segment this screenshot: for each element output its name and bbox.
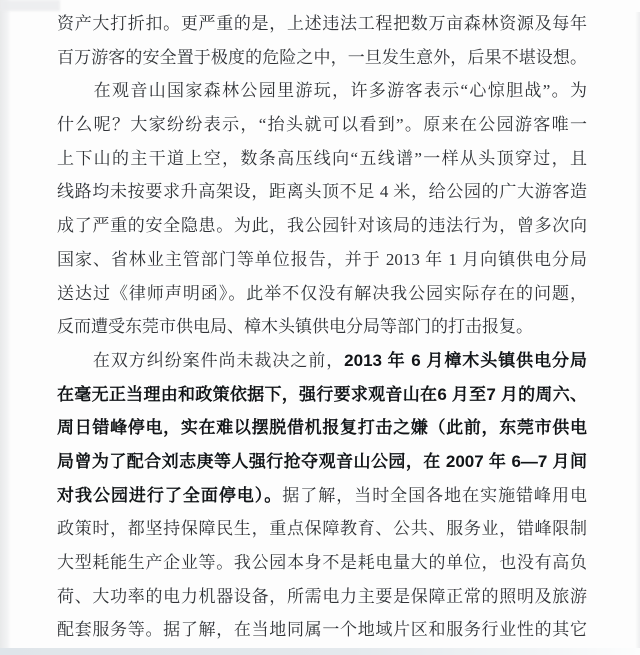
text-segment: 百万游客的安全置于极度的危险之中，一旦发生意外，后果不堪设想。 bbox=[57, 48, 587, 67]
text-segment: 据了解，当时全国各地在实施错峰用电 bbox=[282, 486, 587, 505]
text-line: 在观音山国家森林公园里游玩，许多游客表示“心惊胆战”。为 bbox=[57, 74, 587, 108]
text-line: 荷、大功率的电力机器设备，所需电力主要是保障正常的照明及旅游 bbox=[57, 580, 587, 614]
text-segment: 线路均未按要求升高架设，距离头顶不足 4 米，给公园的广大游客造 bbox=[57, 182, 587, 201]
scan-edge-bottom bbox=[0, 648, 640, 655]
scan-edge-left bbox=[0, 0, 11, 655]
text-line: 配套服务等。据了解，在当地同属一个地域片区和服务行业性的其它 bbox=[57, 613, 587, 647]
bold-text-segment: 局曾为了配合刘志庚等人强行抢夺观音山公园，在 2007 年 6—7 月间 bbox=[57, 452, 587, 471]
text-segment: 国家、省林业主管部门等单位报告，并于 2013 年 1 月向镇供电分局 bbox=[57, 250, 587, 269]
bold-text-segment: 周日错峰停电，实在难以摆脱借机报复打击之嫌（此前，东莞市供电 bbox=[57, 418, 587, 437]
scan-edge-right bbox=[635, 12, 640, 655]
text-line: 在毫无正当理由和政策依据下，强行要求观音山在6 月至7 月的周六、 bbox=[57, 378, 587, 412]
text-segment: 什么呢？大家纷纷表示，“抬头就可以看到”。原来在公园游客唯一 bbox=[57, 115, 587, 134]
text-line: 国家、省林业主管部门等单位报告，并于 2013 年 1 月向镇供电分局 bbox=[57, 243, 587, 277]
text-segment: 反而遭受东莞市供电局、樟木头镇供电分局等部门的打击报复。 bbox=[57, 317, 533, 336]
text-block: 资产大打折扣。更严重的是，上述违法工程把数万亩森林资源及每年百万游客的安全置于极… bbox=[57, 7, 587, 647]
text-line: 资产大打折扣。更严重的是，上述违法工程把数万亩森林资源及每年 bbox=[57, 7, 587, 41]
text-segment: 上下山的主干道上空，数条高压线向“五线谱”一样从头顶穿过，且 bbox=[57, 149, 587, 168]
text-segment: 大型耗能生产企业等。我公园本身不是耗电量大的单位，也没有高负 bbox=[57, 553, 587, 572]
text-segment: 荷、大功率的电力机器设备，所需电力主要是保障正常的照明及旅游 bbox=[57, 587, 587, 606]
text-line: 周日错峰停电，实在难以摆脱借机报复打击之嫌（此前，东莞市供电 bbox=[57, 411, 587, 445]
text-segment: 配套服务等。据了解，在当地同属一个地域片区和服务行业性的其它 bbox=[57, 620, 587, 639]
text-segment: 送达过《律师声明函》。此举不仅没有解决我公园实际存在的问题， bbox=[57, 284, 587, 303]
text-line: 线路均未按要求升高架设，距离头顶不足 4 米，给公园的广大游客造 bbox=[57, 175, 587, 209]
text-line: 局曾为了配合刘志庚等人强行抢夺观音山公园，在 2007 年 6—7 月间 bbox=[57, 445, 587, 479]
text-segment: 政策时，都坚持保障民生，重点保障教育、公共、服务业，错峰限制 bbox=[57, 519, 587, 538]
text-line: 上下山的主干道上空，数条高压线向“五线谱”一样从头顶穿过，且 bbox=[57, 142, 587, 176]
text-segment: 在观音山国家森林公园里游玩，许多游客表示“心惊胆战”。为 bbox=[57, 81, 587, 100]
text-line: 什么呢？大家纷纷表示，“抬头就可以看到”。原来在公园游客唯一 bbox=[57, 108, 587, 142]
bold-text-segment: 在毫无正当理由和政策依据下，强行要求观音山在6 月至7 月的周六、 bbox=[57, 385, 587, 404]
bold-text-segment: 2013 年 6 月樟木头镇供电分局 bbox=[344, 351, 587, 370]
text-line: 政策时，都坚持保障民生，重点保障教育、公共、服务业，错峰限制 bbox=[57, 512, 587, 546]
text-segment: 成了严重的安全隐患。为此，我公园针对该局的违法行为，曾多次向 bbox=[57, 216, 587, 235]
scanned-document-page: 资产大打折扣。更严重的是，上述违法工程把数万亩森林资源及每年百万游客的安全置于极… bbox=[0, 0, 640, 655]
bold-text-segment: 对我公园进行了全面停电）。 bbox=[57, 486, 282, 505]
text-line: 百万游客的安全置于极度的危险之中，一旦发生意外，后果不堪设想。 bbox=[57, 41, 587, 75]
text-line: 对我公园进行了全面停电）。据了解，当时全国各地在实施错峰用电 bbox=[57, 479, 587, 513]
text-line: 反而遭受东莞市供电局、樟木头镇供电分局等部门的打击报复。 bbox=[57, 310, 587, 344]
text-segment: 资产大打折扣。更严重的是，上述违法工程把数万亩森林资源及每年 bbox=[57, 14, 587, 33]
scan-corner-smudge bbox=[0, 0, 60, 11]
text-segment: 在双方纠纷案件尚未裁决之前， bbox=[57, 351, 344, 370]
text-line: 在双方纠纷案件尚未裁决之前，2013 年 6 月樟木头镇供电分局 bbox=[57, 344, 587, 378]
text-line: 送达过《律师声明函》。此举不仅没有解决我公园实际存在的问题， bbox=[57, 277, 587, 311]
text-line: 成了严重的安全隐患。为此，我公园针对该局的违法行为，曾多次向 bbox=[57, 209, 587, 243]
text-line: 大型耗能生产企业等。我公园本身不是耗电量大的单位，也没有高负 bbox=[57, 546, 587, 580]
